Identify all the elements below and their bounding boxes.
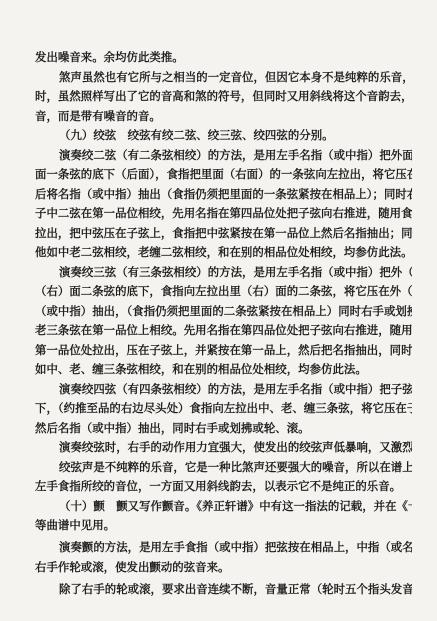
text-line: 然后名指（或中指）抽出，同时右手或划拂或轮、滚。 — [35, 419, 412, 437]
text-line: 面一条弦的底下（后面），食指把里面（右面）的一条弦向左拉出，将它压在外（左）面的… — [35, 165, 412, 183]
text-line: （或中指）抽出，（食指仍须把里面的二条弦紧按在相品上）同时右手或划拂，或轮、滚。… — [35, 302, 412, 320]
section-heading-ix: （九）绞弦 绞弦有绞二弦、绞三弦、绞四弦的分别。 — [59, 126, 412, 144]
text-line: 演奏绞二弦（有二条弦相绞）的方法，是用左手名指（或中指）把外面的一条弦向右推至里… — [59, 146, 412, 164]
text-line: 等曲谱中见用。 — [35, 516, 412, 534]
text-line: 如中、老、缠三条弦相绞，和在别的相品位处相绞，均参仿此法。 — [35, 360, 412, 378]
text-line: 右手作轮或滚，使发出颤动的弦音来。 — [35, 558, 412, 576]
text-line: 下，（约推至品的右边尽头处）食指向左拉出中、老、缠三条弦，将它压在子弦上，并紧按… — [35, 399, 412, 417]
text-line: 时，虽然照样写出了它的音高和煞的符号，但同时又用斜线将这个音韵去，来表示它不是纯… — [35, 87, 412, 105]
text-line: 绞弦声是不纯粹的乐音，它是一种比煞声还要强大的噪音，所以在谱上记写时，一方面写出… — [59, 458, 412, 476]
text-line: 子中二弦在第一品位相绞，先用名指在第四品位处把子弦向右推进，随用食指把中弦在第一… — [35, 204, 412, 222]
text-line: 演奏颤的方法，是用左手食指（或中指）把弦按在相品上，中指（或名指）在下面连速点弦… — [59, 538, 412, 556]
text-line: 老三条弦在第一品位上相绞。先用名指在第四品位处把子弦向右推进，随用食指把中、老二… — [35, 321, 412, 339]
section-heading-x: （十）颤 颤又写作颤音。《养正轩谱》中有这一指法的记载，并在《十面》《大平沙》《… — [59, 497, 412, 515]
text-line: 发出噪音来。余均仿此类推。 — [35, 48, 412, 66]
text-line: 拉出，把中弦压在子弦上，食指把中弦紧按在第一品位上然后名指抽出；同时右手或划拂或… — [35, 224, 412, 242]
text-line: 演奏绞三弦（有三条弦相绞）的方法，是用左手名指（或中指）把外（左）面的一条弦向右… — [59, 263, 412, 281]
text-line: 除了右手的轮或滚，要求出音连续不断，音量正常（轮时五个指头发音的音量大小要平均，… — [59, 580, 412, 598]
text-line: 左手食指所绞的音位，一方面又用斜线韵去，以表示它不是纯正的乐音。 — [35, 477, 412, 495]
text-line: 他如中老二弦相绞，老缠二弦相绞，和在别的相品位处相绞，均参仿此法。 — [35, 243, 412, 261]
text-line: （右）面二条弦的底下，食指向左拉出里（右）面的二条弦，将它压在外（左）面的一条弦… — [35, 282, 412, 300]
text-line: 后将名指（或中指）抽出（食指仍须把里面的一条弦紧按在相品上）；同时右手或划拂或轮… — [35, 185, 412, 203]
text-line: 第一品位处拉出，压在子弦上，并紧按在第一品上，然后把名指抽出，同时右手或划拂，或… — [35, 341, 412, 359]
text-line: 音，而是带有噪音的音。 — [35, 107, 412, 125]
text-line: 演奏绞弦时，右手的动作用力宜强大，使发出的绞弦声低暴响，又激烈。 — [59, 438, 412, 456]
text-line: 煞声虽然也有它所与之相当的一定音位，但因它本身不是纯粹的乐音，所以在记写曲谱和符… — [59, 68, 412, 86]
text-line: 演奏绞四弦（有四条弦相绞）的方法，是用左手名指（或中指）把子弦向右推至中、老、缠… — [59, 380, 412, 398]
